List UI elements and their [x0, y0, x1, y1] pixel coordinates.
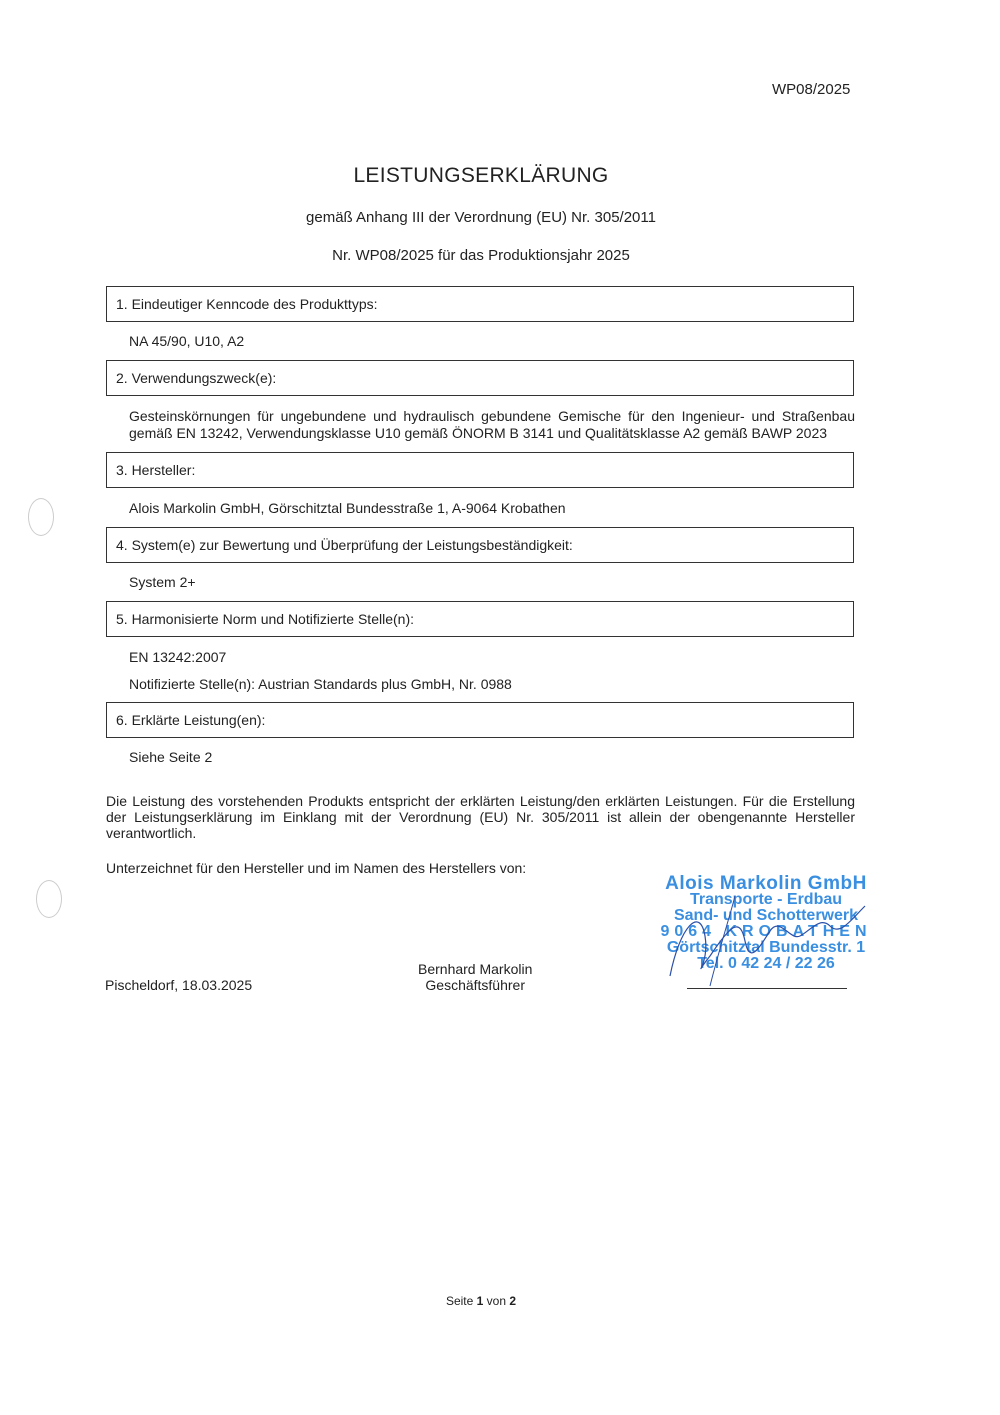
- footer-prefix: Seite: [446, 1294, 477, 1308]
- section-heading-intended-use: 2. Verwendungszweck(e):: [106, 360, 854, 396]
- signer-role: Geschäftsführer: [418, 977, 532, 993]
- harmonised-standard-value: EN 13242:2007: [129, 649, 226, 665]
- signer-block: Bernhard Markolin Geschäftsführer: [418, 961, 532, 993]
- declared-performance-value: Siehe Seite 2: [129, 749, 212, 765]
- section-heading-avcp-system: 4. System(e) zur Bewertung und Überprüfu…: [106, 527, 854, 563]
- section-heading-product-code: 1. Eindeutiger Kenncode des Produkttyps:: [106, 286, 854, 322]
- document-number: WP08/2025: [772, 81, 850, 98]
- avcp-system-value: System 2+: [129, 574, 196, 590]
- section-heading-declared-performance: 6. Erklärte Leistung(en):: [106, 702, 854, 738]
- document-subtitle-regulation: gemäß Anhang III der Verordnung (EU) Nr.…: [0, 209, 962, 226]
- footer-mid: von: [483, 1294, 509, 1308]
- page-footer: Seite 1 von 2: [0, 1294, 962, 1308]
- intended-use-value: Gesteinskörnungen für ungebundene und hy…: [129, 408, 855, 442]
- signed-on-behalf-text: Unterzeichnet für den Hersteller und im …: [106, 860, 526, 876]
- punch-hole-mark: [28, 498, 54, 536]
- document-title: LEISTUNGSERKLÄRUNG: [0, 164, 962, 188]
- place-and-date: Pischeldorf, 18.03.2025: [105, 977, 252, 993]
- signature-line: [687, 988, 847, 989]
- document-subtitle-number: Nr. WP08/2025 für das Produktionsjahr 20…: [0, 247, 962, 264]
- product-code-value: NA 45/90, U10, A2: [129, 333, 244, 349]
- punch-hole-mark: [36, 880, 62, 918]
- section-heading-manufacturer: 3. Hersteller:: [106, 452, 854, 488]
- section-heading-harmonised-standard: 5. Harmonisierte Norm und Notifizierte S…: [106, 601, 854, 637]
- manufacturer-value: Alois Markolin GmbH, Görschitztal Bundes…: [129, 500, 566, 516]
- footer-total: 2: [509, 1294, 516, 1308]
- notified-body-value: Notifizierte Stelle(n): Austrian Standar…: [129, 676, 512, 692]
- responsibility-statement: Die Leistung des vorstehenden Produkts e…: [106, 793, 855, 841]
- handwritten-signature: [650, 886, 890, 996]
- signer-name: Bernhard Markolin: [418, 961, 532, 977]
